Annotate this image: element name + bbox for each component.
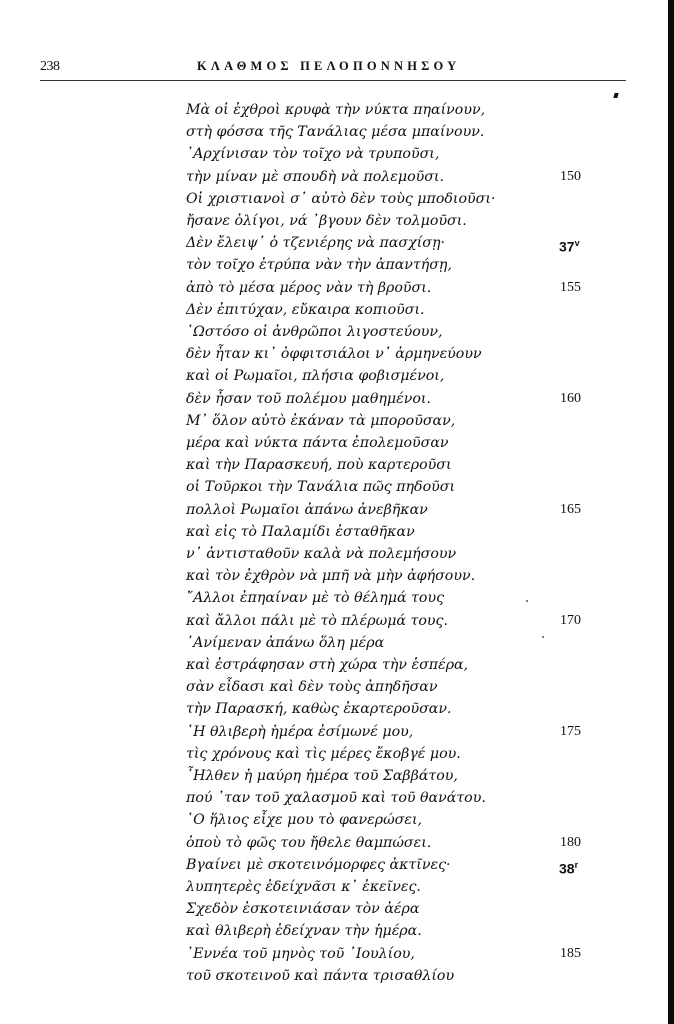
verse-line: ὁποὺ τὸ φῶς του ἤθελε θαμπώσει. [186,833,431,853]
verse-line: τοῦ σκοτεινοῦ καὶ πάντα τρισαθλίου [186,966,454,986]
stray-ink-dot [542,636,544,638]
verse-line: ᾿Εννέα τοῦ μηνὸς τοῦ ᾿Ιουλίου, [186,944,415,964]
verse-line: πού ᾿ταν τοῦ χαλασμοῦ καὶ τοῦ θανάτου. [186,788,486,808]
verse-line: στὴ φόσσα τῆς Τανάλιας μέσα μπαίνουν. [186,122,484,142]
folio-side: v [575,238,580,248]
verse-line: Βγαίνει μὲ σκοτεινόμορφες ἀκτῖνες· [186,855,451,875]
verse-line: Δὲν ἔλειψ᾿ ὁ τζενιέρης νὰ πασχίσῃ· [186,233,445,253]
folio-marker: 37v [559,233,580,257]
verse-line: Μ᾿ ὅλον αὐτὸ ἐκάναν τὰ μποροῦσαν, [186,411,455,431]
page-header: 238 ΚΛΑΘΜΟΣ ΠΕΛΟΠΟΝΝΗΣΟΥ [40,59,666,81]
verse-line: τὸν τοῖχο ἐτρύπα νὰν τὴν ἀπαντήσῃ, [186,255,452,275]
verse-line: καὶ θλιβερὴ ἐδείχναν τὴν ἡμέρα. [186,921,422,941]
verse-line: δὲν ἦσαν τοῦ πολέμου μαθημένοι. [186,389,431,409]
verse-line: καὶ οἱ Ρωμαῖοι, πλήσια φοβισμένοι, [186,366,444,386]
verse-line: ῎Αλλοι ἐπηαίναν μὲ τὸ θέλημά τους [186,588,444,608]
verse-line: δὲν ἦταν κι᾿ ὀφφιτσιάλοι ν᾿ ἁρμηνεύουν [186,344,482,364]
scan-edge-border [668,0,674,1024]
page-number: 238 [40,59,60,75]
verse-line: ᾿Αρχίνισαν τὸν τοῖχο νὰ τρυποῦσι, [186,144,439,164]
line-number: 180 [560,833,581,853]
line-number: 155 [560,278,581,298]
folio-number: 37 [559,239,575,255]
verse-line: ῾Ο ἥλιος εἶχε μου τὸ φανερώσει, [186,810,422,830]
folio-side: r [575,860,579,870]
verse-line: πολλοὶ Ρωμαῖοι ἀπάνω ἀνεβῆκαν [186,500,428,520]
verse-line: Μὰ οἱ ἐχθροὶ κρυφὰ τὴν νύκτα πηαίνουν, [186,100,485,120]
header-rule [40,80,626,81]
ink-mark [613,93,618,98]
line-number: 185 [560,944,581,964]
verse-line: μέρα καὶ νύκτα πάντα ἐπολεμοῦσαν [186,433,449,453]
verse-line: καὶ εἰς τὸ Παλαμίδι ἐσταθῆκαν [186,522,415,542]
stray-ink-dot [526,600,528,602]
running-title: ΚΛΑΘΜΟΣ ΠΕΛΟΠΟΝΝΗΣΟΥ [197,59,460,74]
verse-line: τὶς χρόνους καὶ τὶς μέρες ἔκοβγέ μου. [186,744,461,764]
verse-line: Οἱ χριστιανοὶ σ᾿ αὐτὸ δὲν τοὺς μποδιοῦσι… [186,189,495,209]
verse-line: Σχεδὸν ἐσκοτεινιάσαν τὸν ἀέρα [186,899,419,919]
verse-line: ῏Ηλθεν ἡ μαύρη ἡμέρα τοῦ Σαββάτου, [186,766,458,786]
verse-line: λυπητερὲς ἐδείχνᾶσι κ᾿ ἐκεῖνες. [186,877,421,897]
line-number: 170 [560,611,581,631]
verse-line: οἱ Τοῦρκοι τὴν Τανάλια πῶς πηδοῦσι [186,477,455,497]
folio-number: 38 [559,860,575,876]
verse-line: τὴν μίναν μὲ σπουδὴ νὰ πολεμοῦσι. [186,167,444,187]
line-number: 175 [560,722,581,742]
verse-line: Δὲν ἐπιτύχαν, εὔκαιρα κοπιοῦσι. [186,300,425,320]
verse-line: καὶ τὴν Παρασκευή, ποὺ καρτεροῦσι [186,455,452,475]
line-number: 165 [560,500,581,520]
verse-line: σὰν εἶδασι καὶ δὲν τοὺς ἀπηδῆσαν [186,677,438,697]
verse-line: καὶ ἄλλοι πάλι μὲ τὸ πλέρωμά τους. [186,611,448,631]
verse-line: ν᾿ ἀντισταθοῦν καλὰ νὰ πολεμήσουν [186,544,456,564]
folio-marker: 38r [559,855,578,879]
verse-line: καὶ ἐστράφησαν στὴ χώρα τὴν ἑσπέρα, [186,655,468,675]
line-number: 150 [560,167,581,187]
verse-line: καὶ τὸν ἐχθρὸν νὰ μπῆ νὰ μὴν ἀφήσουν. [186,566,475,586]
verse-line: τὴν Παρασκή, καθὼς ἐκαρτεροῦσαν. [186,699,452,719]
verse-line: ἤσανε ὀλίγοι, νά ᾿βγουν δὲν τολμοῦσι. [186,211,467,231]
verse-line: ᾿Ανίμεναν ἀπάνω ὅλη μέρα [186,633,384,653]
verse-line: ῾Ωστόσο οἱ ἀνθρῶποι λιγοστεύουν, [186,322,443,342]
verse-line: ἀπὸ τὸ μέσα μέρος νὰν τὴ βροῦσι. [186,278,431,298]
verse-line: ῾Η θλιβερὴ ἡμέρα ἐσίμωνέ μου, [186,722,413,742]
line-number: 160 [560,389,581,409]
